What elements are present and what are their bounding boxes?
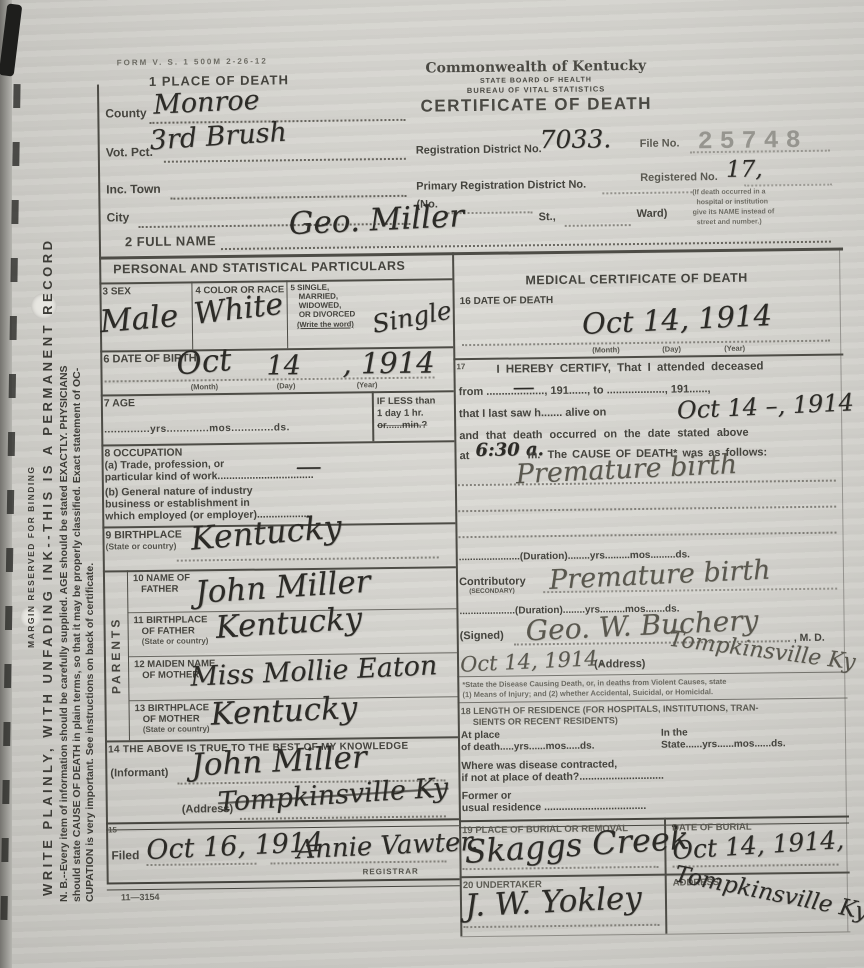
medical-section-title: MEDICAL CERTIFICATE OF DEATH <box>525 271 747 288</box>
registration-district-label: Registration District No. <box>416 143 542 157</box>
occupation-label: 8 OCCUPATION <box>104 447 182 460</box>
mother-birthplace-label2: OF MOTHER <box>143 713 200 725</box>
dots <box>146 863 256 866</box>
certificate-title: CERTIFICATE OF DEATH <box>401 94 671 117</box>
in-the-state-label-2: State......yrs......mos......ds. <box>661 738 786 751</box>
precinct-value: 3rd Brush <box>149 119 288 155</box>
birthplace-value: Kentucky <box>189 510 343 554</box>
dots <box>459 532 837 539</box>
marital-label-2: MARRIED, <box>299 292 339 301</box>
registrar-signature: Annie Vawter. <box>296 829 479 864</box>
form-number: FORM V. S. 1 500M 2-26-12 <box>117 56 268 67</box>
dots <box>170 195 406 200</box>
county-value: Monroe <box>153 87 261 119</box>
father-name-label1: 10 NAME OF <box>133 572 190 584</box>
disease-contracted-label-2: if not at place of death?...............… <box>461 770 664 784</box>
signed-date-value: Oct 14, 1914. <box>460 648 605 676</box>
age-if-less-line3: or......min.? <box>377 420 427 432</box>
margin-nb-line3: CUPATION is very important. See instruct… <box>84 563 96 902</box>
secondary-label: (SECONDARY) <box>469 588 515 596</box>
dob-day-value: 14 <box>266 352 301 379</box>
margin-binding-note: MARGIN RESERVED FOR BINDING <box>26 466 36 649</box>
age-units-line: ..............yrs.............mos.......… <box>104 422 290 435</box>
inc-town-label: Inc. Town <box>106 182 161 197</box>
cell-rule <box>286 280 288 348</box>
dob-year-value: , 1914 <box>342 348 435 378</box>
full-name-value: Geo. Miller <box>288 201 465 240</box>
birthplace-label: 9 BIRTHPLACE <box>105 529 182 542</box>
dots <box>458 506 836 513</box>
parents-strip: PARENTS <box>103 570 130 740</box>
dots <box>565 224 631 227</box>
former-residence-label-1: Former or <box>462 790 512 803</box>
city-label: City <box>107 210 130 224</box>
occupation-value-mark: — <box>296 454 322 480</box>
margin-permanent-record-note: WRITE PLAINLY, WITH UNFADING INK--THIS I… <box>40 238 55 897</box>
age-label: 7 AGE <box>104 397 135 409</box>
mother-name-value: Miss Mollie Eaton <box>190 652 438 691</box>
dots <box>602 191 692 194</box>
informant-label: (Informant) <box>110 767 168 780</box>
commonwealth-line: Commonwealth of Kentucky <box>401 58 671 77</box>
age-if-less-line1: IF LESS than <box>377 395 436 407</box>
margin-nb-line1: N. B.--Every item of information should … <box>58 365 70 902</box>
street-label: St., <box>539 211 556 223</box>
date-of-death-value: Oct 14, 1914 <box>581 301 772 339</box>
father-name-label2: FATHER <box>141 584 178 595</box>
cell-rule <box>372 391 374 441</box>
day-caption: (Day) <box>662 344 681 353</box>
signed-label: (Signed) <box>460 630 504 643</box>
undertaker-value: J. W. Yokley <box>464 883 642 922</box>
date-of-death-label: 16 DATE OF DEATH <box>460 295 554 307</box>
section-divider-rule <box>99 247 843 259</box>
last-saw-value: Oct 14 –, 1914 <box>676 390 854 422</box>
primary-district-label: Primary Registration District No. <box>416 179 586 193</box>
occupation-a-line2: particular kind of work.................… <box>105 469 314 484</box>
full-name-label: 2 FULL NAME <box>125 233 216 249</box>
former-residence-label-2: usual residence ........................… <box>462 800 647 814</box>
dots <box>462 340 830 346</box>
agency-block: Commonwealth of Kentucky STATE BOARD OF … <box>401 58 672 117</box>
marital-label-5: (Write the word) <box>297 319 354 329</box>
marital-label-1: 5 SINGLE, <box>290 283 329 292</box>
father-birthplace-label3: (State or country) <box>142 636 209 646</box>
informant-value: John Miller <box>191 742 368 781</box>
dob-month-value: Oct <box>175 345 233 380</box>
cause-footnote-line2: (1) Means of Injury; and (2) whether Acc… <box>462 687 713 699</box>
residence-label-line1: 18 LENGTH OF RESIDENCE (FOR HOSPITALS, I… <box>461 703 759 717</box>
day-caption: (Day) <box>277 381 296 390</box>
certify-item-number: 17 <box>456 362 465 371</box>
father-birthplace-label2: OF FATHER <box>142 625 195 637</box>
certify-from-line: from ..................., 191......, to … <box>459 383 711 398</box>
dots <box>744 184 832 187</box>
residence-label-line2: SIENTS OR RECENT RESIDENTS) <box>473 715 618 727</box>
contributory-label: Contributory <box>459 575 526 588</box>
rule <box>101 440 454 446</box>
month-caption: (Month) <box>191 382 219 391</box>
month-caption: (Month) <box>592 345 620 354</box>
dots <box>177 556 439 561</box>
mother-birthplace-label3: (State or country) <box>143 724 210 734</box>
left-border-rule <box>97 85 109 883</box>
marital-value: Single <box>370 298 453 337</box>
sex-value: Male <box>99 301 180 338</box>
hospital-note-line3: give its NAME instead of <box>693 208 775 216</box>
marital-label-4: OR DIVORCED <box>299 309 356 319</box>
birthplace-sub-label: (State or country) <box>106 541 177 552</box>
at-place-label-1: At place <box>461 730 500 741</box>
registered-no-label: Registered No. <box>640 171 718 184</box>
rule <box>453 353 843 359</box>
father-birthplace-label1: 11 BIRTHPLACE <box>133 614 207 626</box>
last-saw-label: that I last saw h....... alive on <box>459 406 606 420</box>
sex-label: 3 SEX <box>102 286 130 297</box>
physician-address-value: Tompkinsville Ky <box>667 629 856 675</box>
physician-address-label: (Address) <box>594 658 645 671</box>
year-caption: (Year) <box>724 344 745 353</box>
ward-label: Ward) <box>637 208 668 220</box>
death-certificate: FORM V. S. 1 500M 2-26-12 1 PLACE OF DEA… <box>91 41 858 946</box>
rule <box>460 871 850 877</box>
race-value: White <box>192 290 284 330</box>
parents-label: PARENTS <box>108 617 123 695</box>
county-label: County <box>105 106 146 121</box>
at-label: at <box>459 450 469 462</box>
precinct-label: Vot. Pct. <box>106 145 153 160</box>
registration-district-value: 7033. <box>540 126 612 152</box>
mother-birthplace-value: Kentucky <box>210 693 358 731</box>
form-code: 11—3154 <box>121 892 160 902</box>
file-no-label: File No. <box>640 137 680 149</box>
personal-section-title: PERSONAL AND STATISTICAL PARTICULARS <box>113 259 405 277</box>
at-place-label-2: of death.....yrs......mos.....ds. <box>461 741 594 754</box>
in-the-state-label-1: In the <box>661 727 688 738</box>
rule-double <box>107 878 460 890</box>
certify-heading: I HEREBY CERTIFY, That I attended deceas… <box>496 360 763 375</box>
registered-no-value: 17, <box>726 158 763 181</box>
margin-nb-line2: should state CAUSE OF DEATH in plain ter… <box>71 368 83 902</box>
father-birthplace-value: Kentucky <box>215 604 363 644</box>
hospital-note-line2: hospital or institution <box>696 198 768 206</box>
registrar-label: REGISTRAR <box>363 867 419 877</box>
hospital-note-line1: (If death occurred in a <box>692 188 765 196</box>
year-caption: (Year) <box>357 380 378 389</box>
certify-from-mark: — <box>513 377 535 399</box>
hospital-note-line4: street and number.) <box>697 218 762 226</box>
filed-item-number: 15 <box>108 825 117 834</box>
cell-rule <box>191 281 193 349</box>
rule <box>460 931 850 937</box>
file-no-value: 25748 <box>698 126 808 156</box>
dots <box>164 158 406 163</box>
mother-birthplace-label1: 13 BIRTHPLACE <box>135 702 210 714</box>
filed-label: Filed <box>111 848 139 862</box>
age-if-less-line2: 1 day 1 hr. <box>377 408 424 420</box>
dots <box>463 924 659 928</box>
